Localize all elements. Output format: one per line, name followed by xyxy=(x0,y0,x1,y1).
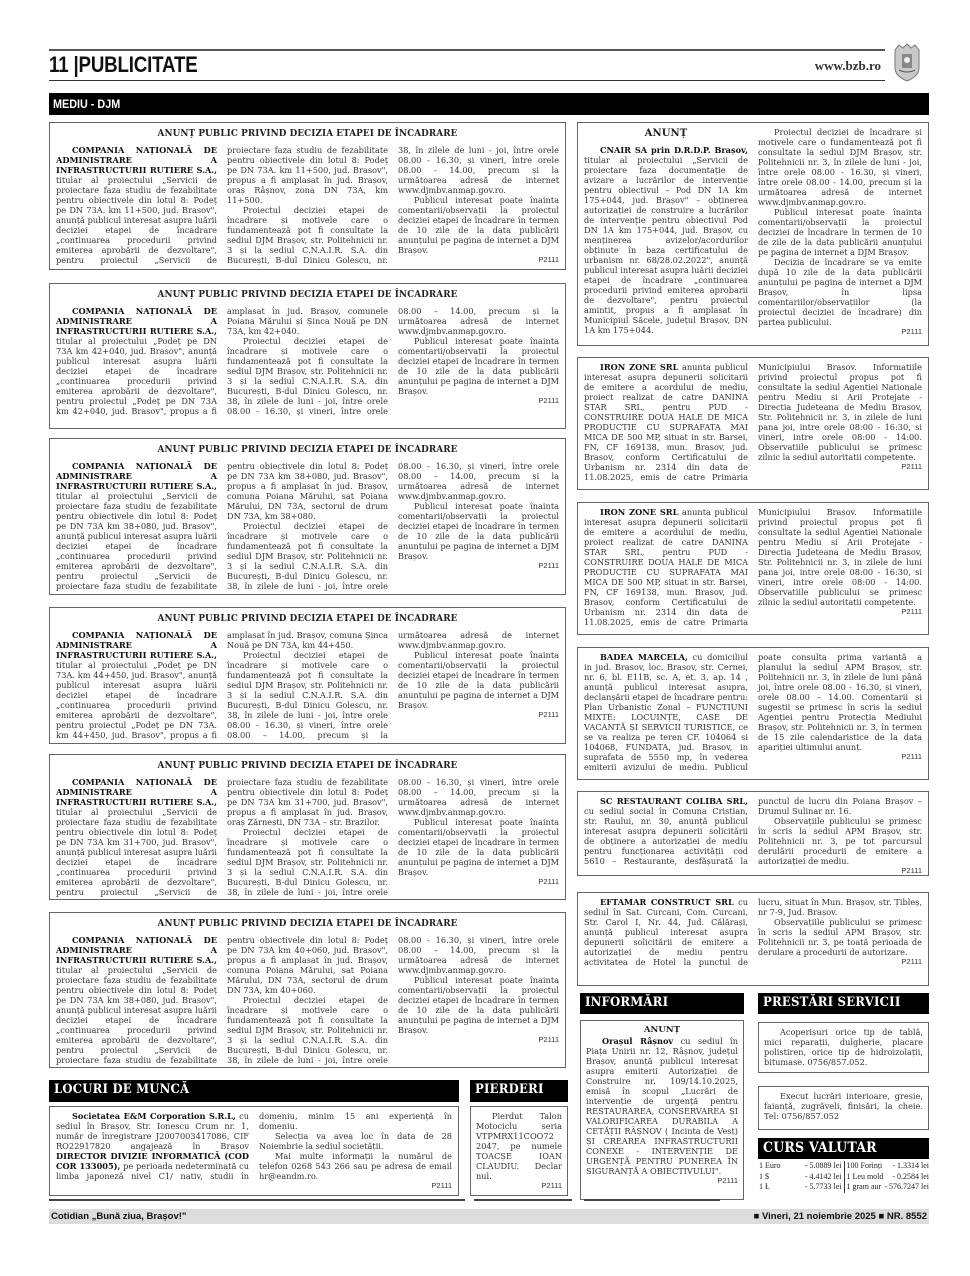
ad-cnair-km40: ANUNȚ PUBLIC PRIVIND DECIZIA ETAPEI DE Î… xyxy=(49,912,566,1068)
section-bar-mediu-djm: MEDIU - DJM xyxy=(49,93,929,115)
ad-title: ANUNȚ PUBLIC PRIVIND DECIZIA ETAPEI DE Î… xyxy=(56,445,559,455)
ad-code: P2111 xyxy=(476,1181,562,1191)
footer-publication: Cotidian „Bună ziua, Brașov!" xyxy=(51,1209,186,1224)
ad-title: ANUNȚ PUBLIC PRIVIND DECIZIA ETAPEI DE Î… xyxy=(56,290,559,300)
section-bar-prestari-servicii: PRESTĂRI SERVICII xyxy=(758,993,929,1014)
ad-acoperisuri: Acoperișuri orice tip de tablă, mici rep… xyxy=(758,1022,929,1073)
rate-row-gold: 1 gram aur- 576.7247 lei xyxy=(847,1182,930,1193)
page-title: 11 |PUBLICITATE xyxy=(49,52,198,78)
ad-orasul-rasnov: ANUNȚ Orașul Râșnov cu sediul în Piața U… xyxy=(580,1020,744,1200)
ad-code: P2111 xyxy=(398,255,559,265)
ad-code: P2111 xyxy=(758,462,922,472)
brasov-crest-icon xyxy=(891,42,923,82)
bottom-rule-right xyxy=(584,1199,720,1201)
ad-cnair-km31: ANUNȚ PUBLIC PRIVIND DECIZIA ETAPEI DE Î… xyxy=(49,754,566,900)
ad-title: ANUNȚ xyxy=(586,1025,738,1035)
ad-title: ANUNȚ xyxy=(584,129,748,139)
section-bar-curs-valutar: CURS VALUTAR xyxy=(758,1138,929,1159)
ad-lucrari-interioare: Execut lucrări interioare, gresie, faian… xyxy=(758,1086,929,1130)
ad-code: P2111 xyxy=(398,877,559,887)
ad-code: P2111 xyxy=(259,1181,452,1191)
ad-title: ANUNȚ PUBLIC PRIVIND DECIZIA ETAPEI DE Î… xyxy=(56,129,559,139)
section-name: PUBLICITATE xyxy=(79,52,198,77)
ad-eftamar-construct: EFTAMAR CONSTRUCT SRL cu sediul în Sat. … xyxy=(577,892,929,986)
ad-iron-zone-1: IRON ZONE SRL anunta publicul interesat … xyxy=(577,357,929,490)
rate-row-usd: 1 $- 4.4142 lei xyxy=(759,1172,842,1183)
exchange-rate-col-right: 100 Forinți- 1.3314 lei 1 Leu mold- 0.25… xyxy=(844,1161,932,1193)
ad-code: P2111 xyxy=(758,607,922,617)
ad-title: ANUNȚ PUBLIC PRIVIND DECIZIA ETAPEI DE Î… xyxy=(56,614,559,624)
header-top-rule xyxy=(49,49,885,51)
page-footer: Cotidian „Bună ziua, Brașov!" ■ Vineri, … xyxy=(49,1209,929,1224)
exchange-rate-table: 1 Euro- 5.0889 lei 1 $- 4.4142 lei 1 Ł- … xyxy=(757,1161,931,1193)
ad-cnair-drdp: ANUNȚ CNAIR SA prin D.R.D.P. Brașov, tit… xyxy=(577,122,929,346)
ad-code: P2111 xyxy=(398,396,559,406)
header-bottom-rule xyxy=(49,80,885,81)
ad-iron-zone-2: IRON ZONE SRL anunta publicul interesat … xyxy=(577,502,929,635)
ad-code: P2111 xyxy=(586,1176,738,1186)
ad-code: P2111 xyxy=(758,752,922,762)
ad-pierdut-talon: Pierdut Talon Motociclu seria VTPMRX11CO… xyxy=(470,1106,568,1196)
ad-code: P2111 xyxy=(398,710,559,720)
rate-row-leu-mold: 1 Leu mold- 0.2584 lei xyxy=(847,1172,930,1183)
section-bar-locuri-de-munca: LOCURI DE MUNCĂ xyxy=(49,1080,459,1102)
rate-row-forint: 100 Forinți- 1.3314 lei xyxy=(847,1161,930,1172)
bottom-rule-left xyxy=(49,1199,465,1201)
exchange-rate-col-left: 1 Euro- 5.0889 lei 1 $- 4.4142 lei 1 Ł- … xyxy=(757,1161,844,1193)
ad-code: P2111 xyxy=(758,327,922,337)
ad-title: ANUNȚ PUBLIC PRIVIND DECIZIA ETAPEI DE Î… xyxy=(56,761,559,771)
rate-row-gbp: 1 Ł- 5.7733 lei xyxy=(759,1182,842,1193)
ad-code: P2111 xyxy=(398,561,559,571)
ad-em-corporation: Societatea E&M Corporation S.R.L, cu sed… xyxy=(49,1106,459,1196)
footer-date-issue: ■ Vineri, 21 noiembrie 2025 ■ NR. 8552 xyxy=(754,1209,927,1224)
page-header: 11 |PUBLICITATE www.bzb.ro xyxy=(49,52,929,80)
bottom-rule-mid xyxy=(474,1199,572,1201)
ad-title: ANUNȚ PUBLIC PRIVIND DECIZIA ETAPEI DE Î… xyxy=(56,919,559,929)
ad-code: P2111 xyxy=(398,1035,559,1045)
ad-cnair-km11: ANUNȚ PUBLIC PRIVIND DECIZIA ETAPEI DE Î… xyxy=(49,122,566,270)
ad-cnair-km38: ANUNȚ PUBLIC PRIVIND DECIZIA ETAPEI DE Î… xyxy=(49,438,566,595)
ad-cnair-km44: ANUNȚ PUBLIC PRIVIND DECIZIA ETAPEI DE Î… xyxy=(49,607,566,744)
section-bar-pierderi: PIERDERI xyxy=(470,1080,568,1102)
ad-code: P2111 xyxy=(758,957,922,967)
ad-cnair-km42: ANUNȚ PUBLIC PRIVIND DECIZIA ETAPEI DE Î… xyxy=(49,283,566,429)
site-url-link[interactable]: www.bzb.ro xyxy=(815,58,881,74)
page-number: 11 xyxy=(49,52,68,77)
ad-restaurant-coliba: SC RESTAURANT COLIBA SRL, cu sediul soci… xyxy=(577,791,929,876)
ad-code: P2111 xyxy=(758,866,922,876)
section-bar-informari-publice: INFORMĂRI PUBLICE xyxy=(580,993,744,1014)
rate-row-euro: 1 Euro- 5.0889 lei xyxy=(759,1161,842,1172)
ad-badea-marcela: BADEA MARCELA, cu domiciliul in jud. Bra… xyxy=(577,647,929,780)
